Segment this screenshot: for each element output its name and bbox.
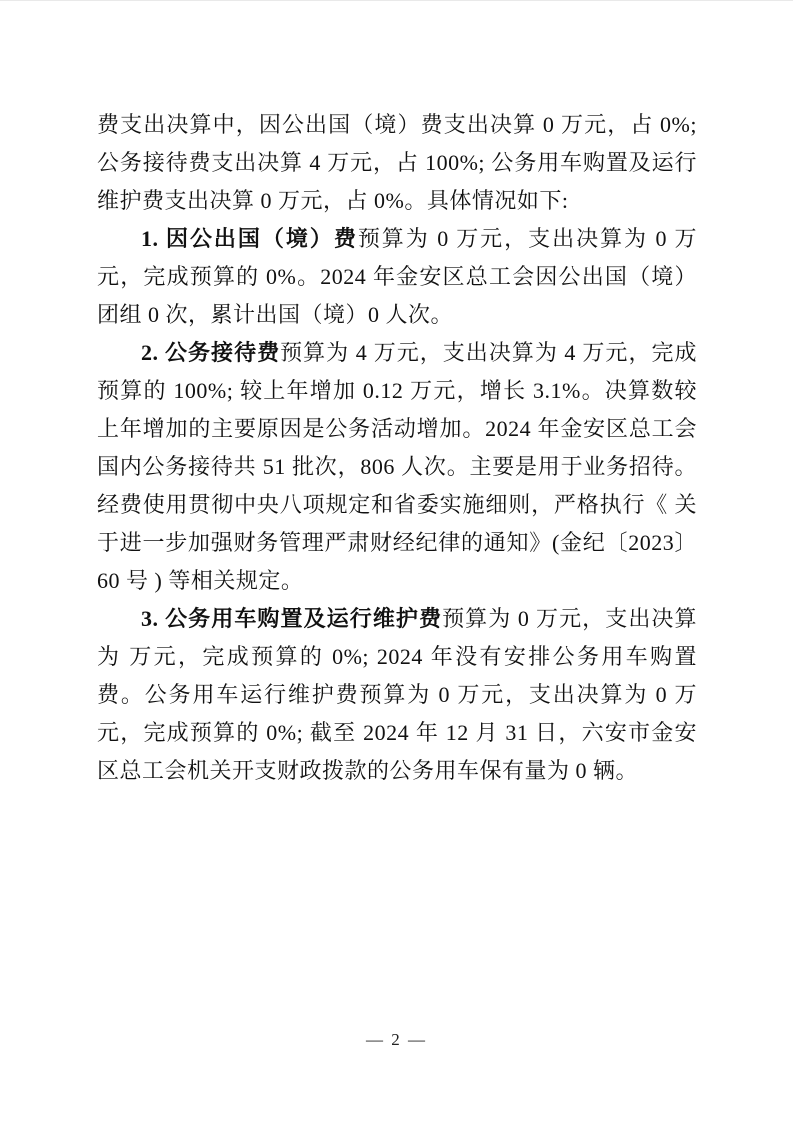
document-page: 费支出决算中，因公出国（境）费支出决算 0 万元，占 0%; 公务接待费支出决算… xyxy=(0,0,793,1122)
paragraph-text: 预算为 0 万元，支出决算为 万元，完成预算的 0%; 2024 年没有安排公务… xyxy=(97,606,697,783)
document-body: 费支出决算中，因公出国（境）费支出决算 0 万元，占 0%; 公务接待费支出决算… xyxy=(97,106,697,790)
page-top-edge xyxy=(0,0,793,1)
paragraph-heading: 2. 公务接待费 xyxy=(141,340,280,365)
paragraph-overseas-trips: 1. 因公出国（境）费预算为 0 万元，支出决算为 0 万元，完成预算的 0%。… xyxy=(97,220,697,334)
paragraph-official-vehicles: 3. 公务用车购置及运行维护费预算为 0 万元，支出决算为 万元，完成预算的 0… xyxy=(97,600,697,790)
paragraph-heading: 1. 因公出国（境）费 xyxy=(141,226,358,251)
paragraph-official-reception: 2. 公务接待费预算为 4 万元，支出决算为 4 万元，完成预算的 100%; … xyxy=(97,334,697,600)
paragraph-text: 预算为 4 万元，支出决算为 4 万元，完成预算的 100%; 较上年增加 0.… xyxy=(97,340,697,593)
paragraph-overview: 费支出决算中，因公出国（境）费支出决算 0 万元，占 0%; 公务接待费支出决算… xyxy=(97,106,697,220)
paragraph-heading: 3. 公务用车购置及运行维护费 xyxy=(141,606,442,631)
paragraph-text: 费支出决算中，因公出国（境）费支出决算 0 万元，占 0%; 公务接待费支出决算… xyxy=(97,112,697,213)
page-number: — 2 — xyxy=(0,1028,793,1052)
